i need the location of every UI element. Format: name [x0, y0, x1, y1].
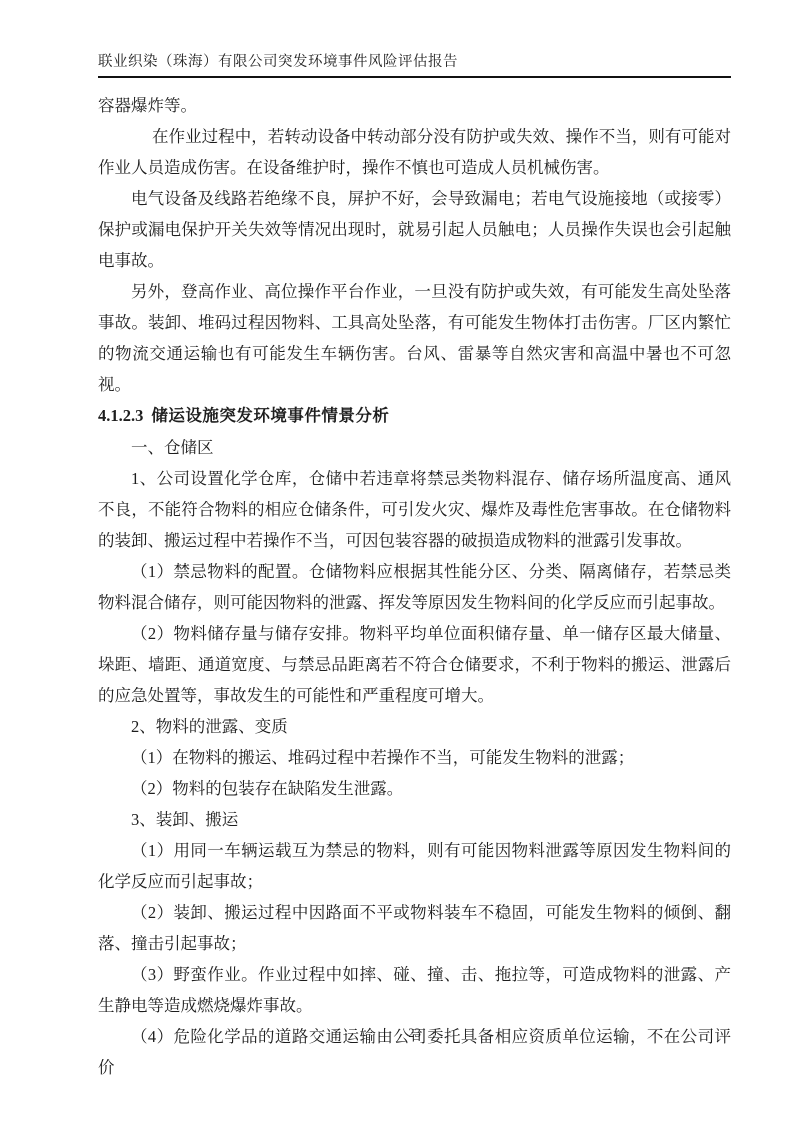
section-heading: 4.1.2.3储运设施突发环境事件情景分析 [98, 400, 731, 432]
paragraph-electrical: 电气设备及线路若绝缘不良，屏护不好，会导致漏电；若电气设施接地（或接零）保护或漏… [98, 183, 731, 276]
subheading-loading-transport: 3、装卸、搬运 [98, 804, 731, 835]
paragraph-storage-quantity: （2）物料储存量与储存安排。物料平均单位面积储存量、单一储存区最大储量、垛距、墙… [98, 618, 731, 711]
paragraph-height-work: 另外，登高作业、高位操作平台作业，一旦没有防护或失效，有可能发生高处坠落事故。装… [98, 276, 731, 400]
page-number: 23 [408, 1026, 421, 1040]
paragraph-warehouse-setup: 1、公司设置化学仓库，仓储中若违章将禁忌类物料混存、储存场所温度高、通风不良，不… [98, 463, 731, 556]
header-title: 联业织染（珠海）有限公司突发环境事件风险评估报告 [98, 54, 731, 71]
document-body: 容器爆炸等。 在作业过程中，若转动设备中转动部分没有防护或失效、操作不当，则有可… [98, 90, 731, 1083]
paragraph-container-overflow: 容器爆炸等。 [98, 90, 731, 121]
page-header: 联业织染（珠海）有限公司突发环境事件风险评估报告 [98, 54, 731, 78]
section-heading-number: 4.1.2.3 [98, 406, 143, 425]
paragraph-incompatible-materials: （1）禁忌物料的配置。仓储物料应根据其性能分区、分类、隔离储存，若禁忌类物料混合… [98, 556, 731, 618]
paragraph-uneven-road: （2）装卸、搬运过程中因路面不平或物料装车不稳固，可能发生物料的倾倒、翻落、撞击… [98, 897, 731, 959]
paragraph-same-vehicle: （1）用同一车辆运载互为禁忌的物料，则有可能因物料泄露等原因发生物料间的化学反应… [98, 835, 731, 897]
subheading-material-leakage: 2、物料的泄露、变质 [98, 711, 731, 742]
section-heading-title: 储运设施突发环境事件情景分析 [151, 407, 389, 425]
subheading-warehouse-area: 一、仓储区 [98, 432, 731, 463]
paragraph-rough-handling: （3）野蛮作业。作业过程中如摔、碰、撞、击、拖拉等，可造成物料的泄露、产生静电等… [98, 959, 731, 1021]
document-page: 联业织染（珠海）有限公司突发环境事件风险评估报告 容器爆炸等。 在作业过程中，若… [0, 0, 793, 1122]
page-footer: 23 [98, 1024, 731, 1042]
paragraph-operation-process: 在作业过程中，若转动设备中转动部分没有防护或失效、操作不当，则有可能对作业人员造… [98, 121, 731, 183]
paragraph-packaging-defect: （2）物料的包装存在缺陷发生泄露。 [98, 773, 731, 804]
paragraph-handling-leakage: （1）在物料的搬运、堆码过程中若操作不当，可能发生物料的泄露； [98, 742, 731, 773]
